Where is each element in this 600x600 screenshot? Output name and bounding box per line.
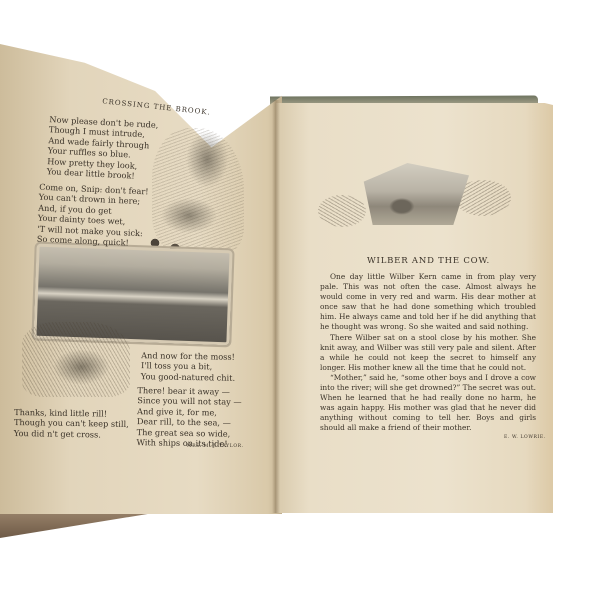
story-title: WILBER AND THE COW. — [367, 256, 490, 266]
poem-line: You good-natured chit. — [141, 371, 235, 383]
poem-stanza: There! bear it away — Since you will not… — [136, 385, 241, 449]
poem-stanza: And now for the moss! I'll toss you a bi… — [141, 350, 236, 383]
poem-author: MRS. M. J. TAYLOR. — [187, 444, 244, 449]
poem-line: You did n't get cross. — [14, 428, 129, 440]
story-author: E. W. LOWRIE. — [504, 435, 546, 440]
poem-stanza: Thanks, kind little rill! Though you can… — [14, 407, 129, 440]
story-paragraph: “Mother,” said he, “some other boys and … — [320, 373, 536, 434]
foliage-ornament-left — [318, 195, 366, 227]
brook-bushes-illustration — [22, 322, 130, 397]
story-paragraph: There Wilber sat on a stool close by his… — [320, 333, 536, 373]
open-book: CROSSING THE BROOK. Now please don't be … — [0, 0, 600, 600]
story-body: One day little Wilber Kern came in from … — [320, 272, 536, 434]
story-paragraph: One day little Wilber Kern came in from … — [320, 272, 536, 333]
poem-stanza: Now please don't be rude, Though I must … — [46, 114, 158, 182]
poem-stanza: Come on, Snip: don't fear! You can't dro… — [37, 182, 149, 249]
book-gutter — [272, 100, 280, 513]
